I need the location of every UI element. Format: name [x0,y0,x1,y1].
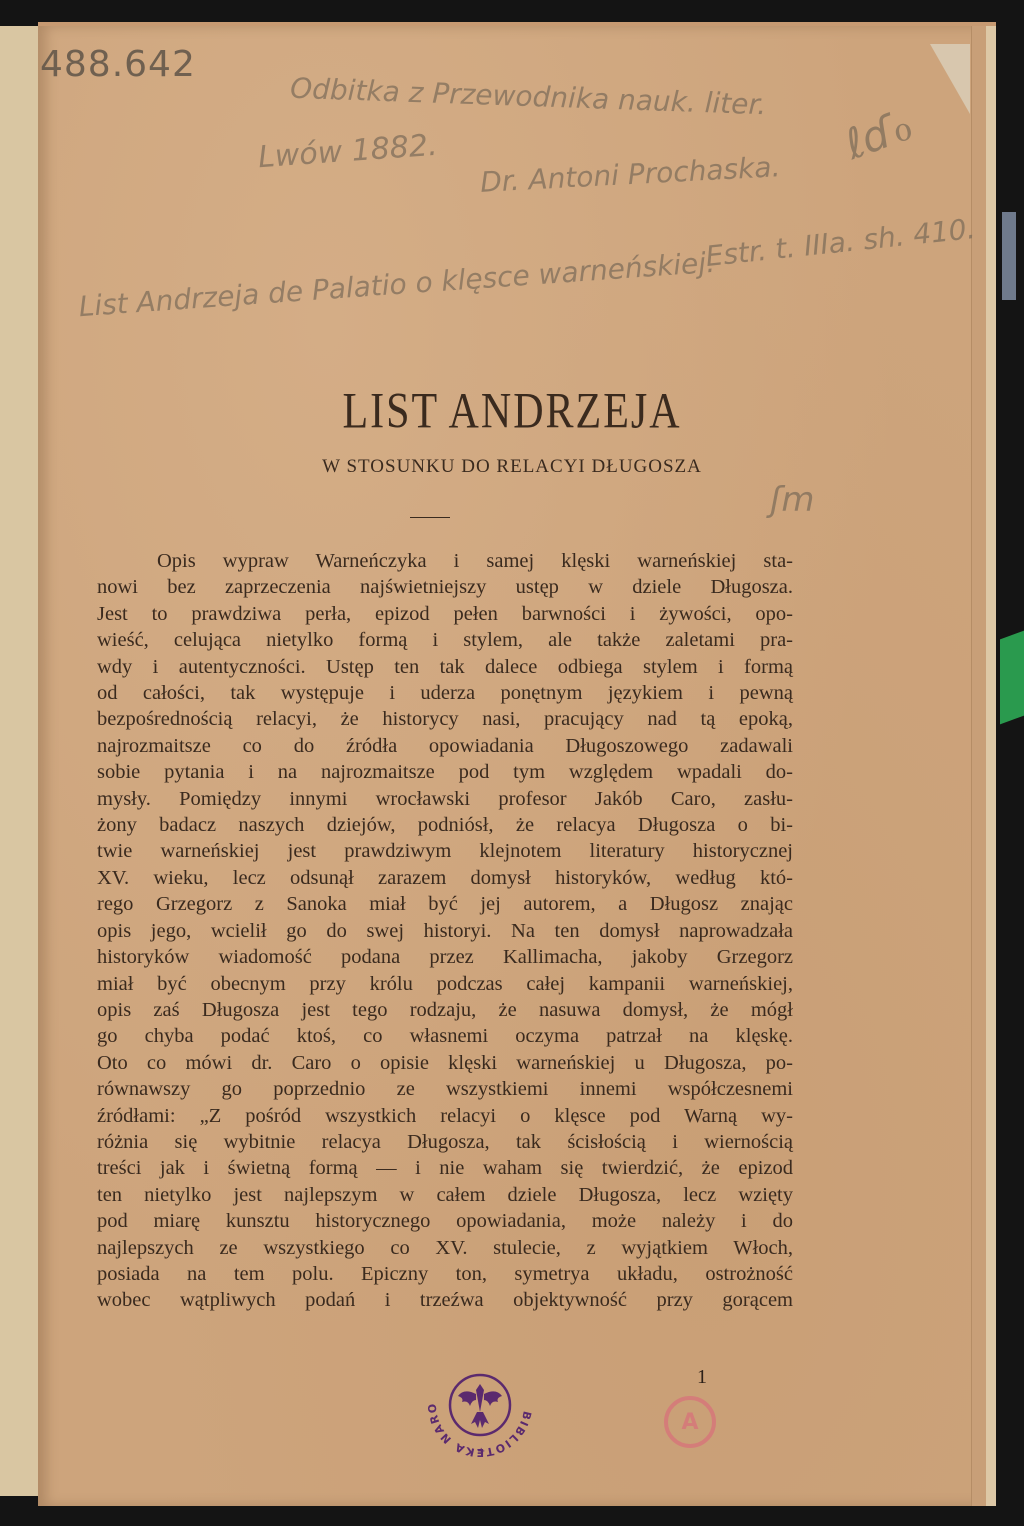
text-line: Opis wypraw Warneńczyka i samej klęski w… [97,548,793,574]
torn-corner [930,44,970,114]
page-edge [971,26,986,1506]
text-line: historyków wiadomość podana przez Kallim… [97,944,793,970]
red-archive-stamp: A [664,1396,716,1448]
text-line: źródłami: „Z pośród wszystkich relacyi o… [97,1103,793,1129]
text-line: opis jego, wcielił go do swej historyi. … [97,918,793,944]
text-line: XV. wieku, lecz odsunął zarazem domysł h… [97,865,793,891]
text-line: nowi bez zaprzeczenia najświetniejszy us… [97,574,793,600]
document-subtitle: W STOSUNKU DO RELACYI DŁUGOSZA [0,456,1024,478]
text-line: równawszy go poprzednio ze wszystkiemi i… [97,1076,793,1102]
text-line: różnia się wybitnie relacya Długosza, ta… [97,1129,793,1155]
text-line: wobec wątpliwych podań i trzeźwa objekty… [97,1287,793,1313]
document-title: LIST ANDRZEJA [0,383,1024,441]
text-line: Oto co mówi dr. Caro o opisie klęski war… [97,1050,793,1076]
text-line: najlepszych ze wszystkiego co XV. stulec… [97,1235,793,1261]
text-line: wieść, celująca nietylko formą i stylem,… [97,627,793,653]
svg-text:+: + [477,1446,485,1457]
text-line: rego Grzegorz z Sanoka miał być jej auto… [97,891,793,917]
text-line: od całości, tak występuje i uderza ponęt… [97,680,793,706]
body-paragraph: Opis wypraw Warneńczyka i samej klęski w… [97,548,793,1314]
text-line: opis zaś Długosza jest tego rodzaju, że … [97,997,793,1023]
library-stamp-icon: BIBLIOTEKA NARODOWA + [425,1350,535,1460]
text-line: posiada na tem polu. Epiczny ton, symetr… [97,1261,793,1287]
bookmark-tab [1002,212,1016,300]
text-line: mysły. Pomiędzy innymi wrocławski profes… [97,786,793,812]
text-line: żony badacz naszych dziejów, podniósł, ż… [97,812,793,838]
text-line: go chyba podać ktoś, co własnemi oczyma … [97,1023,793,1049]
text-line: twie warneńskiej jest prawdziwym klejnot… [97,838,793,864]
title-divider [410,517,450,518]
text-line: ten nietylko jest najlepszym w całem dzi… [97,1182,793,1208]
adjacent-page-edge [0,26,40,1496]
text-line: sobie pytania i na najrozmaitsze pod tym… [97,759,793,785]
page-number: 1 [697,1366,707,1389]
text-line: treści jak i świetną formą — i nie waham… [97,1155,793,1181]
text-line: pod miarę kunsztu historycznego opowiada… [97,1208,793,1234]
text-line: najrozmaitsze co do źródła opowiadania D… [97,733,793,759]
text-line: miał być obecnym przy królu podczas całe… [97,971,793,997]
text-line: wdy i autentyczności. Ustęp ten tak dale… [97,654,793,680]
margin-initial: ʃm [770,480,815,520]
text-line: Jest to prawdziwa perła, epizod pełen ba… [97,601,793,627]
eagle-icon [458,1384,502,1428]
page-edge-light [986,26,996,1506]
color-calibration-strip [1000,631,1024,725]
text-line: bezpośrednością relacyi, że historycy na… [97,706,793,732]
shelfmark: 488.642 [40,44,196,85]
